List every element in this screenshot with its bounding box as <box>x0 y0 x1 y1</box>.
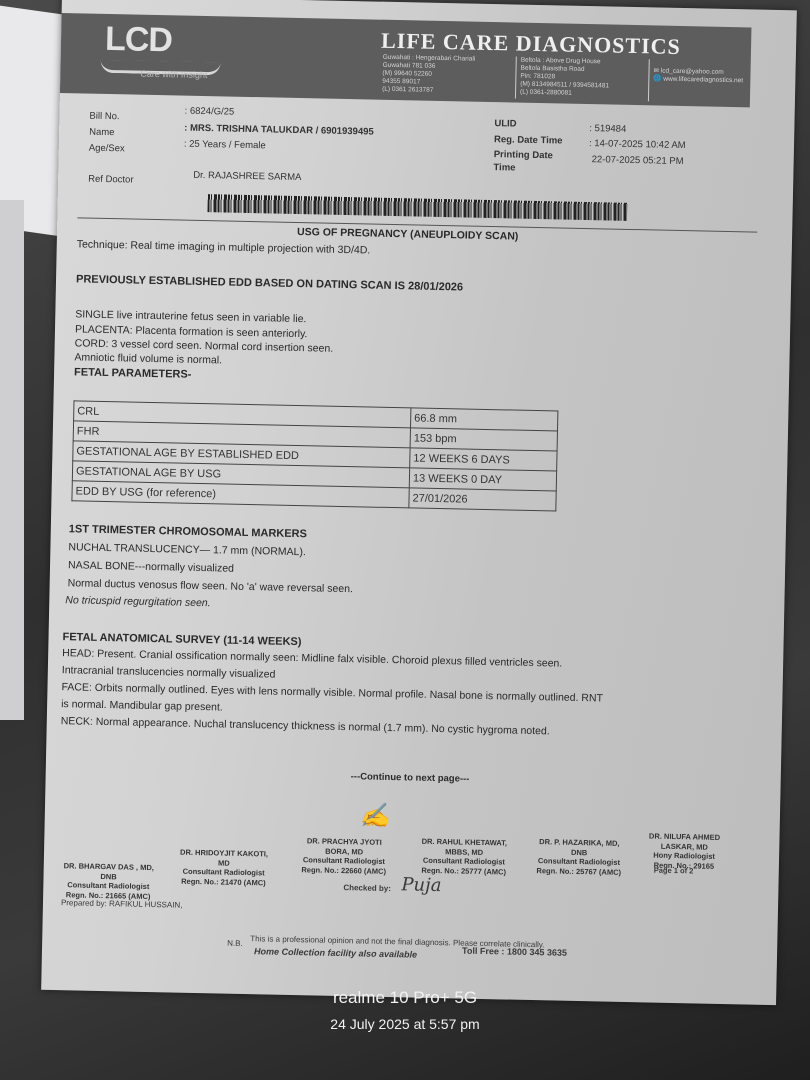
report-page: LCD Care with Insight LIFE CARE DIAGNOST… <box>41 0 797 1005</box>
letterhead: LCD Care with Insight LIFE CARE DIAGNOST… <box>60 13 752 107</box>
camera-watermark-device: realme 10 Pro+ 5G <box>0 988 810 1008</box>
reg-datetime: : 14-07-2025 10:42 AM <box>589 138 686 151</box>
continue-note: ---Continue to next page--- <box>351 771 470 784</box>
markers-heading: 1ST TRIMESTER CHROMOSOMAL MARKERS <box>69 523 307 540</box>
marker-ductus: Normal ductus venosus flow seen. No 'a' … <box>68 577 354 595</box>
radiologist-block: DR. PRACHYA JYOTIBORA, MDConsultant Radi… <box>289 836 400 876</box>
survey-heading: FETAL ANATOMICAL SURVEY (11-14 WEEKS) <box>62 631 301 648</box>
print-datetime: 22-07-2025 05:21 PM <box>592 154 684 167</box>
fetal-parameters-table: CRL66.8 mmFHR153 bpmGESTATIONAL AGE BY E… <box>71 400 558 511</box>
barcode <box>207 194 627 221</box>
radiologist-block: DR. P. HAZARIKA, MD,DNBConsultant Radiol… <box>524 837 635 877</box>
radiologist-line: Regn. No.: 21470 (AMC) <box>168 876 278 888</box>
lab-contact: ✉ lcd_care@yahoo.com 🌐 www.lifecarediagn… <box>648 59 764 103</box>
survey-neck: NECK: Normal appearance. Nuchal transluc… <box>61 715 550 737</box>
camera-watermark-datetime: 24 July 2025 at 5:57 pm <box>0 1016 810 1032</box>
prepared-by: Prepared by: RAFIKUL HUSSAIN, <box>61 898 183 910</box>
age-sex: : 25 Years / Female <box>184 139 266 152</box>
finding-amniotic: Amniotic fluid volume is normal. <box>74 351 222 366</box>
param-value: 27/01/2026 <box>409 488 556 511</box>
fetal-params-heading: FETAL PARAMETERS- <box>74 366 192 380</box>
marker-tricuspid: No tricuspid regurgitation seen. <box>65 594 211 609</box>
branch-address-1: Guwahati : Hengerabari Chariali Guwahati… <box>382 54 503 97</box>
page-number: Page 1 of 2 <box>654 866 694 876</box>
lab-tagline: Care with Insight <box>140 69 207 80</box>
background-paper-edge <box>0 200 24 720</box>
globe-icon: 🌐 <box>653 75 663 82</box>
lab-logo: LCD <box>105 20 173 60</box>
branch-address-2: Beltola : Above Drug House Beltola Basis… <box>515 57 646 102</box>
patient-name: : MRS. TRISHNA TALUKDAR / 6901939495 <box>184 123 374 138</box>
bill-no: : 6824/G/25 <box>184 106 234 118</box>
radiologists: DR. BHARGAV DAS , MD,DNBConsultant Radio… <box>45 815 745 830</box>
report-title: USG OF PREGNANCY (ANEUPLOIDY SCAN) <box>297 226 519 243</box>
checked-by-label: Checked by: <box>343 883 391 893</box>
doctor-signature-icon: ✍ <box>360 801 390 830</box>
radiologist-block: DR. HRIDOYJIT KAKOTI,MDConsultant Radiol… <box>168 847 279 887</box>
checked-by-signature: Puja <box>401 874 441 896</box>
radiologist-block: DR. BHARGAV DAS , MD,DNBConsultant Radio… <box>53 861 164 901</box>
ref-doctor: Dr. RAJASHREE SARMA <box>193 170 301 183</box>
edd-statement: PREVIOUSLY ESTABLISHED EDD BASED ON DATI… <box>76 273 463 293</box>
technique: Technique: Real time imaging in multiple… <box>77 238 371 256</box>
radiologist-line: Regn. No.: 22660 (AMC) <box>289 864 399 876</box>
toll-free: Toll Free : 1800 345 3635 <box>462 946 567 958</box>
survey-head-2: Intracranial translucencies normally vis… <box>62 664 276 680</box>
radiologist-line: Regn. No.: 25767 (AMC) <box>524 865 634 877</box>
finding-fetus: SINGLE live intrauterine fetus seen in v… <box>75 308 306 325</box>
home-collection: Home Collection facility also available <box>254 946 417 959</box>
survey-face-2: is normal. Mandibular gap present. <box>61 698 223 713</box>
marker-nasal-bone: NASAL BONE---normally visualized <box>68 559 234 574</box>
radiologist-block: DR. RAHUL KHETAWAT,MBBS, MDConsultant Ra… <box>409 836 520 876</box>
marker-nt: NUCHAL TRANSLUCENCY— 1.7 mm (NORMAL). <box>68 541 306 558</box>
ulid: : 519484 <box>589 123 626 135</box>
nb-label: N.B. <box>227 939 243 948</box>
